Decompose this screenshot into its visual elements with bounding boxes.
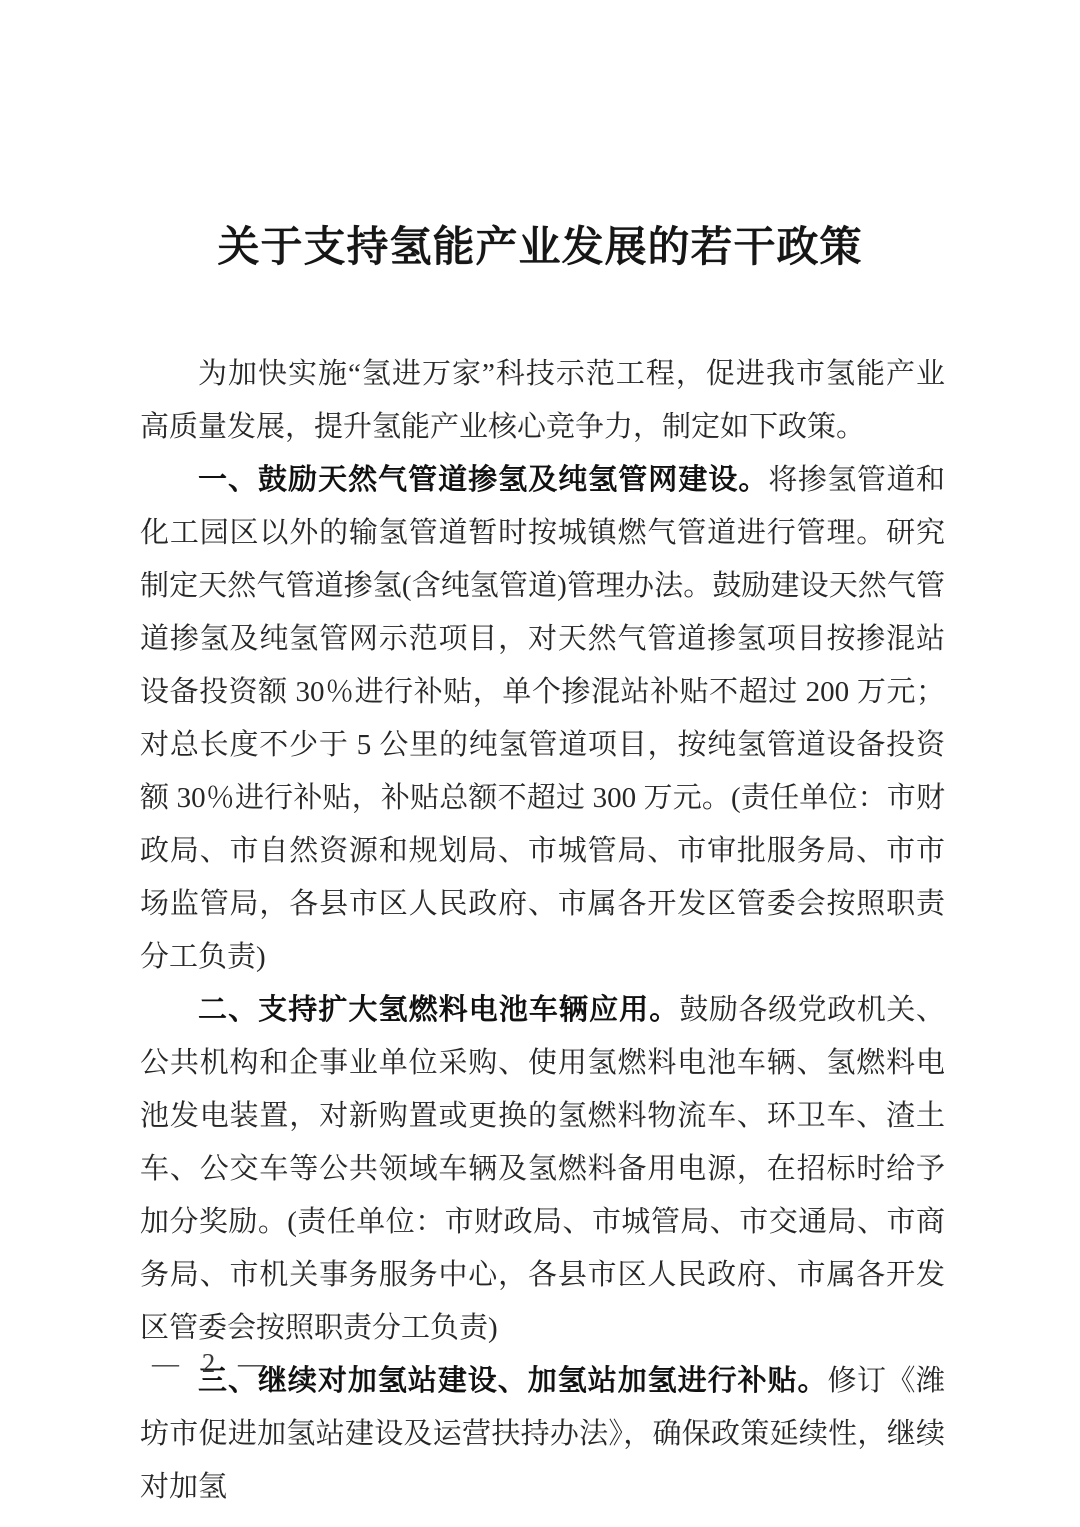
section-1-heading: 一、鼓励天然气管道掺氢及纯氢管网建设。 xyxy=(198,464,768,496)
document-body: 为加快实施“氢进万家”科技示范工程，促进我市氢能产业高质量发展，提升氢能产业核心… xyxy=(140,348,945,1514)
intro-paragraph: 为加快实施“氢进万家”科技示范工程，促进我市氢能产业高质量发展，提升氢能产业核心… xyxy=(140,348,945,454)
section-1-paragraph: 一、鼓励天然气管道掺氢及纯氢管网建设。将掺氢管道和化工园区以外的输氢管道暂时按城… xyxy=(140,454,945,984)
page-number: — 2 — xyxy=(152,1348,273,1379)
document-title: 关于支持氢能产业发展的若干政策 xyxy=(0,0,1080,274)
section-3-heading: 三、继续对加氢站建设、加氢站加氢进行补贴。 xyxy=(198,1365,828,1397)
section-2-paragraph: 二、支持扩大氢燃料电池车辆应用。鼓励各级党政机关、公共机构和企事业单位采购、使用… xyxy=(140,984,945,1355)
section-1-body: 将掺氢管道和化工园区以外的输氢管道暂时按城镇燃气管道进行管理。研究制定天然气管道… xyxy=(140,464,945,973)
section-2-heading: 二、支持扩大氢燃料电池车辆应用。 xyxy=(198,994,679,1026)
document-page: 关于支持氢能产业发展的若干政策 为加快实施“氢进万家”科技示范工程，促进我市氢能… xyxy=(0,0,1080,1527)
intro-text: 为加快实施“氢进万家”科技示范工程，促进我市氢能产业高质量发展，提升氢能产业核心… xyxy=(140,358,945,443)
section-2-body: 鼓励各级党政机关、公共机构和企事业单位采购、使用氢燃料电池车辆、氢燃料电池发电装… xyxy=(140,994,945,1344)
